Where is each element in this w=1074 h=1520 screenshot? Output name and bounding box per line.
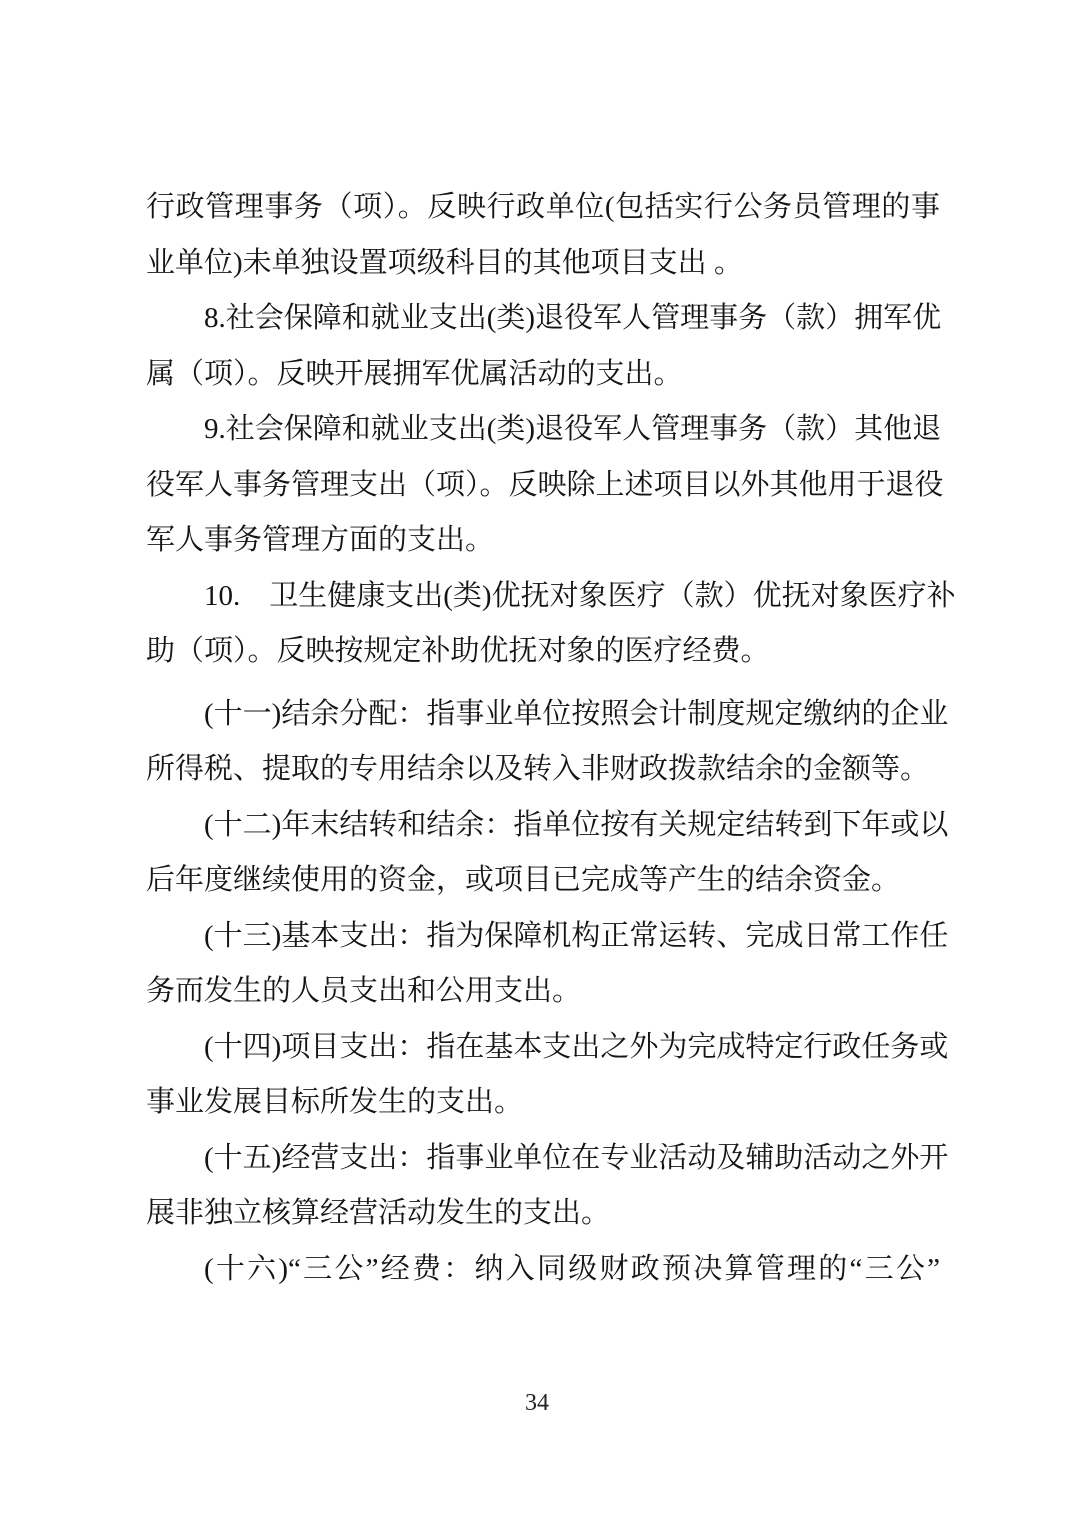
text-line: 业单位)未单独设置项级科目的其他项目支出 。 <box>146 236 940 292</box>
text-line: 8.社会保障和就业支出(类)退役军人管理事务（款）拥军优 <box>146 291 940 347</box>
text-line: 军人事务管理方面的支出。 <box>146 513 940 569</box>
text-line: 所得税、提取的专用结余以及转入非财政拨款结余的金额等。 <box>146 742 940 798</box>
text-line: 10. 卫生健康支出(类)优抚对象医疗（款）优抚对象医疗补 <box>146 569 940 625</box>
text-line: (十三)基本支出：指为保障机构正常运转、完成日常工作任 <box>146 909 940 965</box>
page-number: 34 <box>0 1388 1074 1418</box>
text-line: 事业发展目标所发生的支出。 <box>146 1075 940 1131</box>
text-line: (十四)项目支出：指在基本支出之外为完成特定行政任务或 <box>146 1020 940 1076</box>
text-line: 属（项）。反映开展拥军优属活动的支出。 <box>146 347 940 403</box>
text-line: (十二)年末结转和结余：指单位按有关规定结转到下年或以 <box>146 798 940 854</box>
text-line: 后年度继续使用的资金，或项目已完成等产生的结余资金。 <box>146 853 940 909</box>
document-body-text: 行政管理事务（项）。反映行政单位(包括实行公务员管理的事 业单位)未单独设置项级… <box>146 180 940 1297</box>
text-line: (十一)结余分配：指事业单位按照会计制度规定缴纳的企业 <box>146 687 940 743</box>
text-line: 9.社会保障和就业支出(类)退役军人管理事务（款）其他退 <box>146 402 940 458</box>
text-line: 务而发生的人员支出和公用支出。 <box>146 964 940 1020</box>
document-page: 行政管理事务（项）。反映行政单位(包括实行公务员管理的事 业单位)未单独设置项级… <box>0 0 1074 1520</box>
text-line: 助（项）。反映按规定补助优抚对象的医疗经费。 <box>146 624 940 680</box>
text-line: (十六)“三公”经费：纳入同级财政预决算管理的“三公” <box>146 1242 940 1298</box>
text-line: 行政管理事务（项）。反映行政单位(包括实行公务员管理的事 <box>146 180 940 236</box>
text-line: 役军人事务管理支出（项）。反映除上述项目以外其他用于退役 <box>146 458 940 514</box>
text-line: (十五)经营支出：指事业单位在专业活动及辅助活动之外开 <box>146 1131 940 1187</box>
text-line: 展非独立核算经营活动发生的支出。 <box>146 1186 940 1242</box>
